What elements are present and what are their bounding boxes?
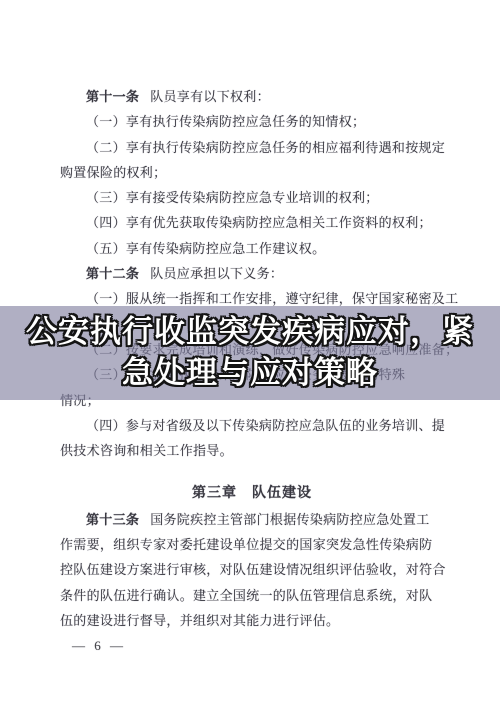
line-text: （三）享有接受传染病防控应急专业培训的权利； <box>86 190 379 205</box>
article-number: 第十一条 <box>86 89 139 104</box>
line-text: （一）服从统一指挥和工作安排，遵守纪律，保守国家秘密及工 <box>86 291 458 306</box>
article-number: 第十二条 <box>86 266 139 281</box>
line-text: （五）享有传染病防控应急工作建议权。 <box>86 241 325 256</box>
overlay-banner: 公安执行收监突发疾病应对，紧 急处理与应对策略 <box>0 306 500 400</box>
text-line: 购置保险的权利； <box>60 160 444 185</box>
line-text: （四）享有优先获取传染病防控应急相关工作资料的权利； <box>86 215 432 230</box>
line-text: 供技术咨询和相关工作指导。 <box>60 443 233 458</box>
text-line: 作需要，组织专家对委托建设单位提交的国家突发急性传染病防 <box>60 532 444 557</box>
text-line: （一）享有执行传染病防控应急任务的知情权； <box>60 109 444 134</box>
document-page: 第十一条队员享有以下权利：（一）享有执行传染病防控应急任务的知情权；（二）享有执… <box>0 0 500 706</box>
line-text: 国务院疾控主管部门根据传染病防控应急处置工 <box>150 512 429 527</box>
overlay-title-line2: 急处理与应对策略 <box>122 353 378 394</box>
overlay-title-line1: 公安执行收监突发疾病应对，紧 <box>26 312 474 353</box>
text-line: （三）享有接受传染病防控应急专业培训的权利； <box>60 185 444 210</box>
line-text: 购置保险的权利； <box>60 165 166 180</box>
text-line: 控队伍建设方案进行审核，对队伍建设情况组织评估验收，对符合 <box>60 557 444 582</box>
line-text: （二）享有执行传染病防控应急任务的相应福利待遇和按规定 <box>86 140 445 155</box>
text-line: 第十一条队员享有以下权利： <box>60 84 444 109</box>
line-text: 队员享有以下权利： <box>150 89 270 104</box>
line-text: 队员应承担以下义务： <box>150 266 283 281</box>
line-text: 条件的队伍进行确认。建立全国统一的队伍管理信息系统，对队 <box>60 588 432 603</box>
text-line: 第十三条国务院疾控主管部门根据传染病防控应急处置工 <box>60 507 444 532</box>
line-text: （四）参与对省级及以下传染病防控应急队伍的业务培训、提 <box>86 418 445 433</box>
line-text: 伍的建设进行督导，并组织对其能力进行评估。 <box>60 613 339 628</box>
text-line: （四）参与对省级及以下传染病防控应急队伍的业务培训、提 <box>60 413 444 438</box>
chapter-heading: 第三章 队伍建设 <box>60 481 444 506</box>
article-number: 第十三条 <box>86 512 139 527</box>
line-text: 作需要，组织专家对委托建设单位提交的国家突发急性传染病防 <box>60 537 432 552</box>
line-text: （一）享有执行传染病防控应急任务的知情权； <box>86 114 365 129</box>
text-line: 条件的队伍进行确认。建立全国统一的队伍管理信息系统，对队 <box>60 583 444 608</box>
page-number: — 6 — <box>60 633 444 658</box>
text-line: 供技术咨询和相关工作指导。 <box>60 438 444 463</box>
line-text: — 6 — <box>72 638 126 653</box>
text-line: （四）享有优先获取传染病防控应急相关工作资料的权利； <box>60 210 444 235</box>
text-line: 第十二条队员应承担以下义务： <box>60 261 444 286</box>
text-line: 伍的建设进行督导，并组织对其能力进行评估。 <box>60 608 444 633</box>
line-text: 控队伍建设方案进行审核，对队伍建设情况组织评估验收，对符合 <box>60 562 446 577</box>
line-text: 第三章 队伍建设 <box>192 486 312 501</box>
text-line: （五）享有传染病防控应急工作建议权。 <box>60 236 444 261</box>
text-line: （二）享有执行传染病防控应急任务的相应福利待遇和按规定 <box>60 135 444 160</box>
